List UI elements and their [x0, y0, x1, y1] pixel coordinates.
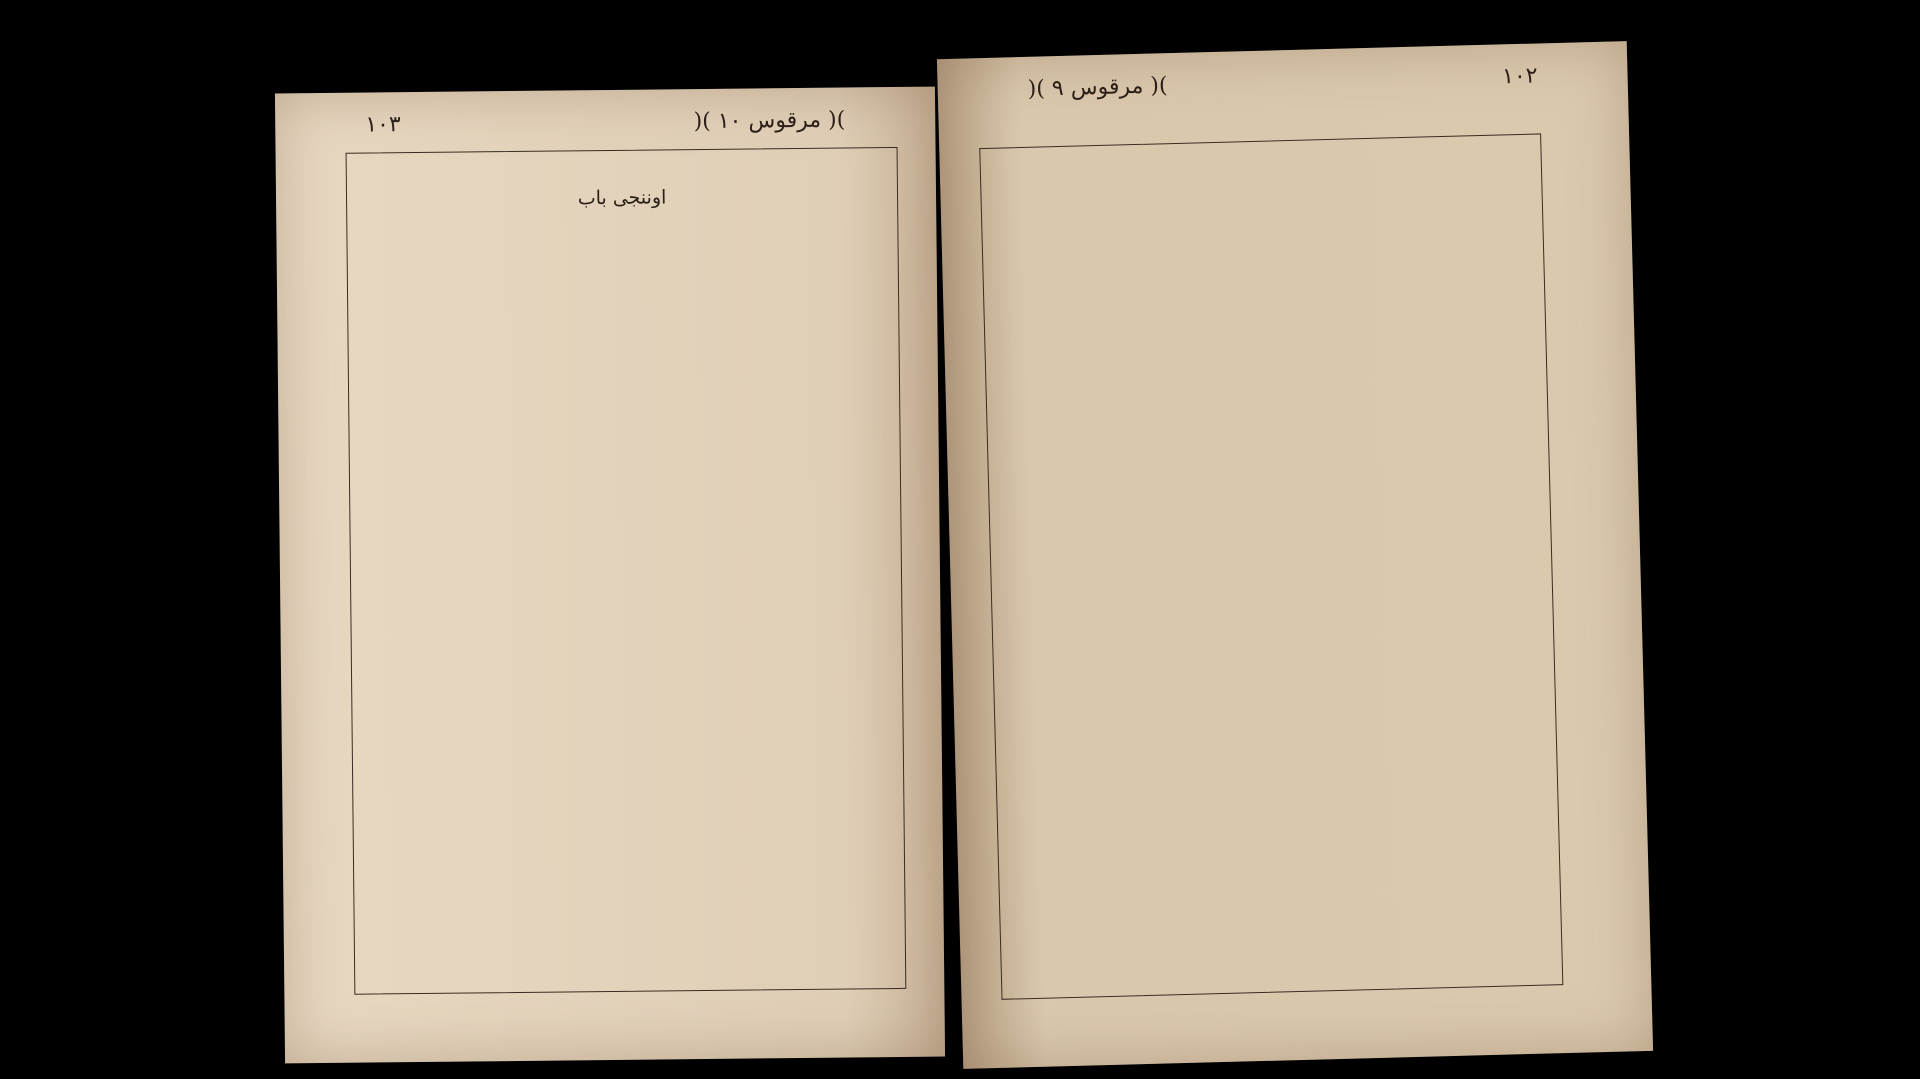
left-running-head: )( مرقوس ١٠ )(: [694, 108, 846, 135]
right-text-frame: [979, 133, 1563, 999]
left-text-block: اوننجی باب: [361, 160, 892, 981]
right-text-block: [995, 147, 1548, 987]
right-page-header: ١٠٢ )( مرقوس ٩ )(: [937, 61, 1627, 104]
left-text-frame: اوننجی باب: [346, 147, 907, 995]
chapter-heading: اوننجی باب: [361, 178, 883, 217]
left-page-number: ١٠٣: [365, 112, 401, 137]
right-running-head: )( مرقوس ٩ )(: [1027, 73, 1167, 102]
right-page-number: ١٠٢: [1502, 63, 1538, 89]
right-page: ١٠٢ )( مرقوس ٩ )(: [937, 41, 1653, 1069]
left-page: )( مرقوس ١٠ )( ١٠٣ اوننجی باب: [275, 87, 945, 1064]
left-page-header: )( مرقوس ١٠ )( ١٠٣: [275, 107, 935, 139]
open-book: )( مرقوس ١٠ )( ١٠٣ اوننجی باب ١٠٢ )( مرق…: [270, 30, 1640, 1070]
